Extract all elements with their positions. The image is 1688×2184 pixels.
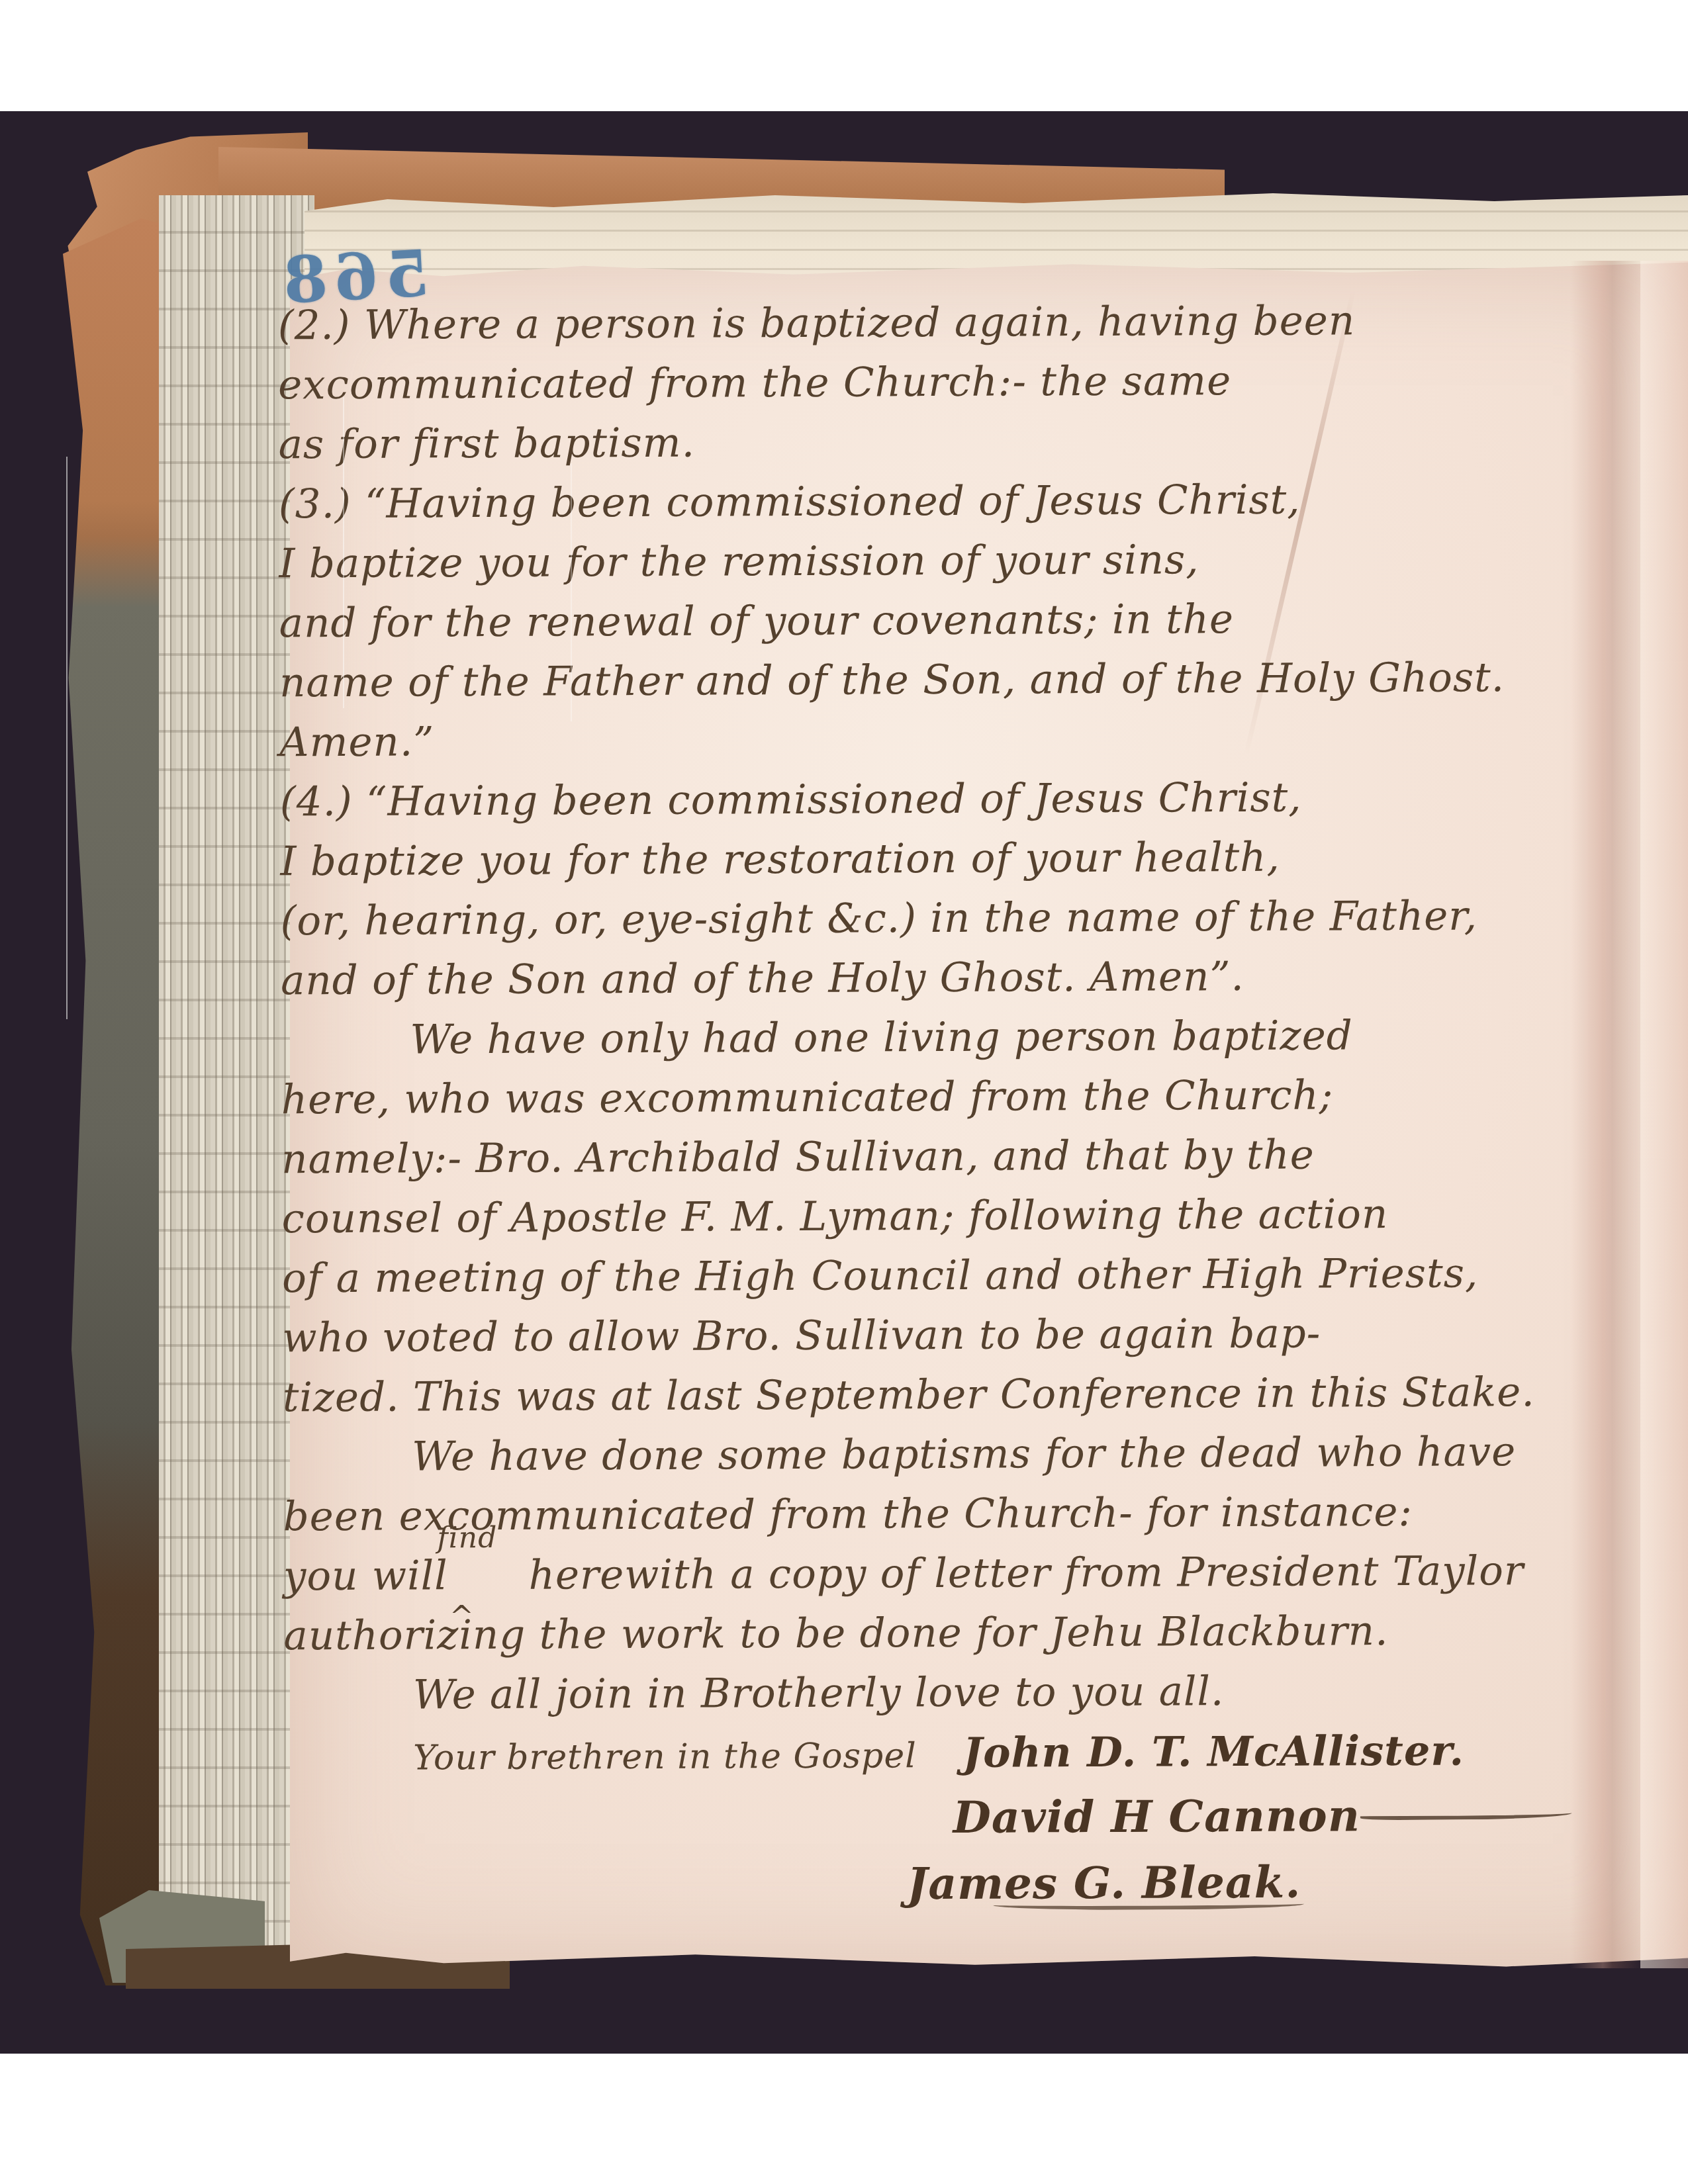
signature-cannon: David H Cannon bbox=[953, 1790, 1360, 1843]
insertion-before-text: you will bbox=[283, 1552, 448, 1600]
manuscript-line: and for the renewal of your covenants; i… bbox=[279, 594, 1597, 660]
insertion-after-text: herewith a copy of letter from President… bbox=[528, 1547, 1524, 1599]
signature-flourish bbox=[1360, 1809, 1572, 1820]
underlying-page-edge bbox=[1640, 261, 1688, 1968]
closing-salutation: Your brethren in the Gospel bbox=[413, 1736, 917, 1778]
manuscript-line: I baptize you for the remission of your … bbox=[279, 535, 1596, 600]
signature-row: David H Cannon bbox=[284, 1789, 1601, 1861]
manuscript-line: We have done some baptisms for the dead … bbox=[283, 1428, 1600, 1494]
manuscript-line: tized. This was at last September Confer… bbox=[283, 1369, 1600, 1434]
manuscript-line: counsel of Apostle F. M. Lyman; followin… bbox=[282, 1190, 1599, 1255]
manuscript-line: of a meeting of the High Council and oth… bbox=[282, 1250, 1599, 1315]
manuscript-line: (3.) “Having been commissioned of Jesus … bbox=[279, 475, 1596, 541]
scanned-manuscript-page: 568 (2.) Where a person is baptized agai… bbox=[0, 0, 1688, 2184]
manuscript-line: excommunicated from the Church:- the sam… bbox=[278, 356, 1595, 422]
scan-artifact-line bbox=[571, 463, 572, 721]
inserted-word: find bbox=[437, 1521, 497, 1555]
manuscript-line: namely:- Bro. Archibald Sullivan, and th… bbox=[281, 1130, 1599, 1196]
closing-row: Your brethren in the Gospel John D. T. M… bbox=[284, 1726, 1601, 1795]
manuscript-line: (2.) Where a person is baptized again, h… bbox=[278, 296, 1595, 362]
manuscript-line-with-insertion: you will^findherewith a copy of letter f… bbox=[283, 1547, 1601, 1613]
manuscript-line: We all join in Brotherly love to you all… bbox=[284, 1666, 1601, 1732]
signature-row: James G. Bleak. bbox=[285, 1855, 1602, 1934]
manuscript-line: (or, hearing, or, eye-sight &c.) in the … bbox=[281, 892, 1598, 958]
manuscript-line: name of the Father and of the Son, and o… bbox=[279, 654, 1597, 719]
insertion-caret: ^ bbox=[449, 1600, 475, 1633]
signature-mcallister: John D. T. McAllister. bbox=[963, 1727, 1464, 1777]
manuscript-line: and of the Son and of the Holy Ghost. Am… bbox=[281, 952, 1598, 1017]
scan-artifact-line bbox=[66, 457, 68, 1019]
handwritten-text-block: (2.) Where a person is baptized again, h… bbox=[278, 296, 1603, 1934]
manuscript-line: here, who was excommunicated from the Ch… bbox=[281, 1071, 1599, 1136]
manuscript-line: We have only had one living person bapti… bbox=[281, 1011, 1598, 1077]
manuscript-line: authorizing the work to be done for Jehu… bbox=[283, 1607, 1601, 1672]
manuscript-line: as for first baptism. bbox=[278, 416, 1595, 481]
manuscript-line: who voted to allow Bro. Sullivan to be a… bbox=[282, 1309, 1599, 1375]
manuscript-line: (4.) “Having been commissioned of Jesus … bbox=[280, 773, 1597, 839]
scan-artifact-line bbox=[343, 397, 344, 708]
manuscript-line: I baptize you for the restoration of you… bbox=[280, 833, 1597, 898]
manuscript-line: Amen.” bbox=[279, 713, 1597, 779]
